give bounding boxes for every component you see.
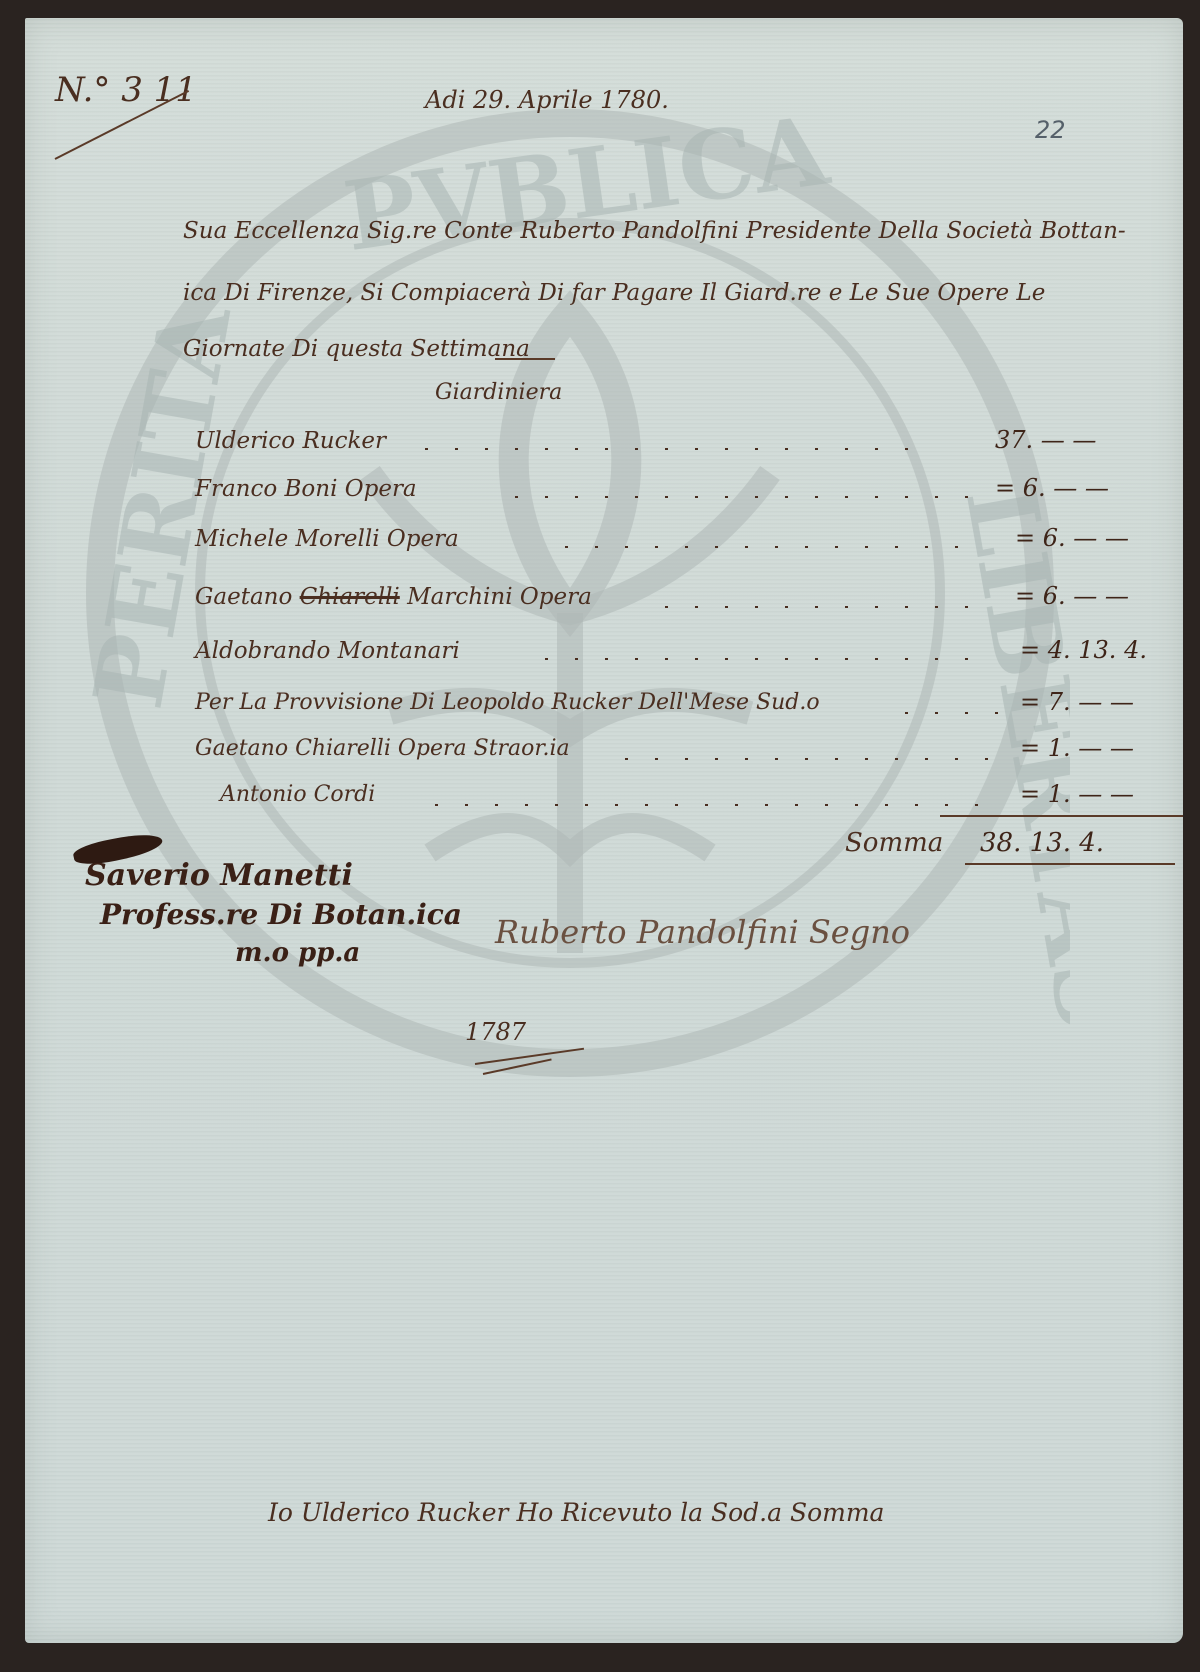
entry-name-composite: Gaetano Chiarelli Marchini Opera xyxy=(195,584,592,610)
body-line-1: Sua Eccellenza Sig.re Conte Ruberto Pand… xyxy=(183,218,1126,244)
section-heading: Giardiniera xyxy=(435,380,562,405)
leader-dots xyxy=(515,496,975,498)
entry-amount: = 6. — — xyxy=(995,474,1109,502)
reference-number: N.° 3 11 xyxy=(55,70,197,110)
entry-amount: = 7. — — xyxy=(1020,688,1134,716)
entry-name: Ulderico Rucker xyxy=(195,428,386,454)
svg-text:PVBLICA: PVBLICA xyxy=(338,95,836,273)
entry-name: Antonio Cordi xyxy=(220,782,375,807)
entry-name: Franco Boni Opera xyxy=(195,476,417,502)
leader-dots xyxy=(425,448,925,450)
total-rule-top xyxy=(940,815,1183,817)
entry-name-struck: Chiarelli xyxy=(300,584,400,610)
entry-amount: = 6. — — xyxy=(1015,582,1129,610)
professor-signature-note: m.o pp.a xyxy=(235,938,360,968)
body-line-underscore xyxy=(495,358,555,360)
total-label: Somma xyxy=(845,828,943,858)
entry-name: Gaetano Chiarelli Opera Straor.ia xyxy=(195,736,570,761)
entry-name: Per La Provvisione Di Leopoldo Rucker De… xyxy=(195,690,820,715)
leader-dots xyxy=(545,658,985,660)
president-signature: Ruberto Pandolfini Segno xyxy=(495,913,910,951)
entry-name: Marchini Opera xyxy=(407,584,592,610)
leader-dots xyxy=(565,546,985,548)
entry-name-prefix: Gaetano xyxy=(195,584,292,610)
page-number: 22 xyxy=(1035,116,1066,144)
entry-amount: = 4. 13. 4. xyxy=(1020,636,1147,664)
leader-dots xyxy=(625,758,1005,760)
date-line: Adi 29. Aprile 1780. xyxy=(425,86,669,114)
body-line-3: Giornate Di questa Settimana xyxy=(183,336,530,362)
total-amount: 38. 13. 4. xyxy=(980,828,1104,858)
folio-note: 1787 xyxy=(465,1018,526,1046)
professor-signature-title: Profess.re Di Botan.ica xyxy=(100,898,462,931)
receipt-line: Io Ulderico Rucker Ho Ricevuto la Sod.a … xyxy=(268,1498,884,1527)
body-line-2: ica Di Firenze, Si Compiacerà Di far Pag… xyxy=(183,280,1045,306)
leader-dots xyxy=(665,606,995,608)
entry-name: Aldobrando Montanari xyxy=(195,638,460,664)
entry-amount: 37. — — xyxy=(995,426,1096,454)
manuscript-page: PVBLICA PERITA LIBERTAS N.° 3 11 Adi 29.… xyxy=(25,18,1183,1643)
entry-amount: = 1. — — xyxy=(1020,734,1134,762)
leader-dots xyxy=(435,804,1005,806)
entry-name: Michele Morelli Opera xyxy=(195,526,459,552)
entry-amount: = 1. — — xyxy=(1020,780,1134,808)
total-rule-bottom xyxy=(965,863,1175,865)
professor-signature-name: Saverio Manetti xyxy=(85,858,353,893)
entry-amount: = 6. — — xyxy=(1015,524,1129,552)
leader-dots xyxy=(905,712,1005,714)
